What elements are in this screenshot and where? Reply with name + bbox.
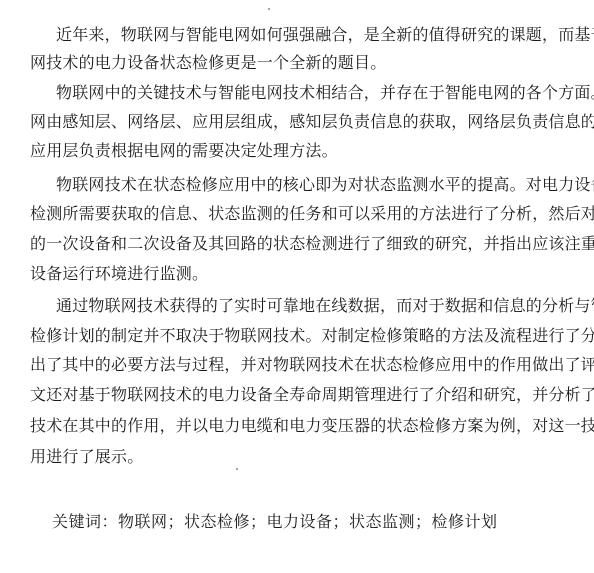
text-line: 物联网中的关键技术与智能电网技术相结合，并存在于智能电网的各个方面。物联 bbox=[56, 80, 550, 106]
text-line: 设备运行环境进行监测。 bbox=[30, 261, 550, 287]
text-line: 网技术的电力设备状态检修更是一个全新的题目。 bbox=[30, 50, 550, 76]
text-line: 检测所需要获取的信息、状态监测的任务和可以采用的方法进行了分析，然后对于主要 bbox=[30, 201, 550, 227]
text-line: 用进行了展示。 bbox=[30, 444, 550, 470]
scan-speck bbox=[268, 8, 270, 10]
text-line: 近年来，物联网与智能电网如何强强融合，是全新的值得研究的课题，而基于物联 bbox=[56, 22, 550, 48]
text-line: 物联网技术在状态检修应用中的核心即为对状态监测水平的提高。对电力设备状态 bbox=[56, 172, 550, 198]
scan-speck bbox=[236, 468, 238, 470]
text-line: 文还对基于物联网技术的电力设备全寿命周期管理进行了介绍和研究，并分析了物联网 bbox=[30, 382, 550, 408]
keywords-line: 关键词：物联网；状态检修；电力设备；状态监测；检修计划 bbox=[52, 509, 498, 535]
text-line: 技术在其中的作用，并以电力电缆和电力变压器的状态检修方案为例，对这一技术的应 bbox=[30, 413, 550, 439]
text-line: 出了其中的必要方法与过程，并对物联网技术在状态检修应用中的作用做出了评价。本 bbox=[30, 352, 550, 378]
text-line: 应用层负责根据电网的需要决定处理方法。 bbox=[30, 138, 550, 164]
text-line: 检修计划的制定并不取决于物联网技术。对制定检修策略的方法及流程进行了分析，指 bbox=[30, 323, 550, 349]
text-line: 网由感知层、网络层、应用层组成，感知层负责信息的获取，网络层负责信息的处理， bbox=[30, 109, 550, 135]
document-page: 近年来，物联网与智能电网如何强强融合，是全新的值得研究的课题，而基于物联 网技术… bbox=[0, 0, 594, 573]
text-line: 的一次设备和二次设备及其回路的状态检测进行了细致的研究，并指出应该注重对电力 bbox=[30, 231, 550, 257]
text-line: 通过物联网技术获得的了实时可靠地在线数据，而对于数据和信息的分析与管理与 bbox=[56, 293, 550, 319]
